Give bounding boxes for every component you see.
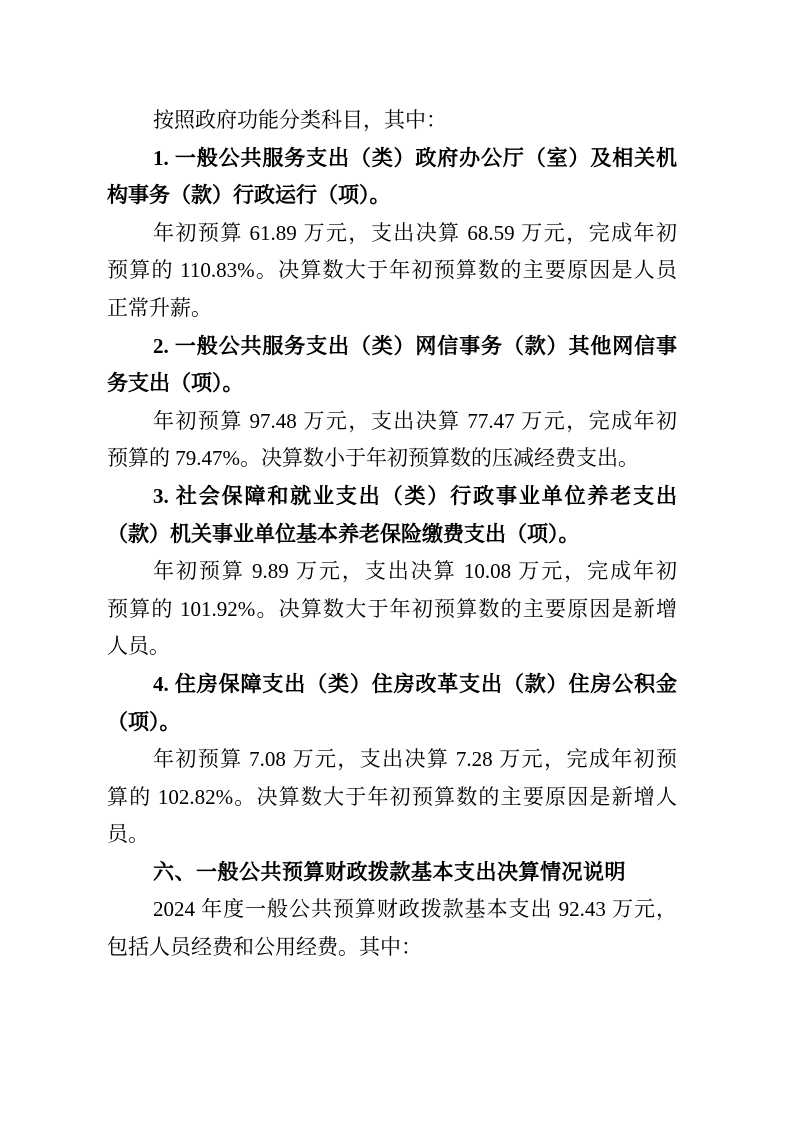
item-4-body-line-1: 年初预算 7.08 万元，支出决算 7.28 万元，完成年初预 bbox=[107, 741, 677, 779]
item-1-heading-line-1: 1. 一般公共服务支出（类）政府办公厅（室）及相关机 bbox=[107, 140, 677, 178]
item-2-heading-line-2: 务支出（项）。 bbox=[107, 365, 677, 403]
item-2-body-line-1: 年初预算 97.48 万元，支出决算 77.47 万元，完成年初 bbox=[107, 403, 677, 441]
section-6-heading: 六、一般公共预算财政拨款基本支出决算情况说明 bbox=[107, 854, 677, 892]
item-2-body-line-2: 预算的 79.47%。决算数小于年初预算数的压减经费支出。 bbox=[107, 440, 677, 478]
item-1-body-line-1: 年初预算 61.89 万元，支出决算 68.59 万元，完成年初 bbox=[107, 215, 677, 253]
section-6-body-line-2: 包括人员经费和公用经费。其中： bbox=[107, 929, 677, 967]
item-4-body-line-2: 算的 102.82%。决算数大于年初预算数的主要原因是新增人 bbox=[107, 779, 677, 817]
item-3-body-line-3: 人员。 bbox=[107, 628, 677, 666]
item-2-heading-line-1: 2. 一般公共服务支出（类）网信事务（款）其他网信事 bbox=[107, 328, 677, 366]
item-4-heading-line-1: 4. 住房保障支出（类）住房改革支出（款）住房公积金 bbox=[107, 666, 677, 704]
intro-line: 按照政府功能分类科目，其中： bbox=[107, 102, 677, 140]
item-1-body-line-2: 预算的 110.83%。决算数大于年初预算数的主要原因是人员 bbox=[107, 252, 677, 290]
item-3-body-line-2: 预算的 101.92%。决算数大于年初预算数的主要原因是新增 bbox=[107, 591, 677, 629]
item-3-heading-line-2: （款）机关事业单位基本养老保险缴费支出（项）。 bbox=[107, 516, 677, 554]
item-3-heading-line-1: 3. 社会保障和就业支出（类）行政事业单位养老支出 bbox=[107, 478, 677, 516]
item-1-body-line-3: 正常升薪。 bbox=[107, 290, 677, 328]
item-3-body-line-1: 年初预算 9.89 万元，支出决算 10.08 万元，完成年初 bbox=[107, 553, 677, 591]
document-body: 按照政府功能分类科目，其中： 1. 一般公共服务支出（类）政府办公厅（室）及相关… bbox=[107, 102, 677, 967]
item-4-body-line-3: 员。 bbox=[107, 816, 677, 854]
section-6-body-line-1: 2024 年度一般公共预算财政拨款基本支出 92.43 万元， bbox=[107, 891, 677, 929]
document-page: 按照政府功能分类科目，其中： 1. 一般公共服务支出（类）政府办公厅（室）及相关… bbox=[0, 0, 793, 1122]
item-4-heading-line-2: （项）。 bbox=[107, 704, 677, 742]
item-1-heading-line-2: 构事务（款）行政运行（项）。 bbox=[107, 177, 677, 215]
